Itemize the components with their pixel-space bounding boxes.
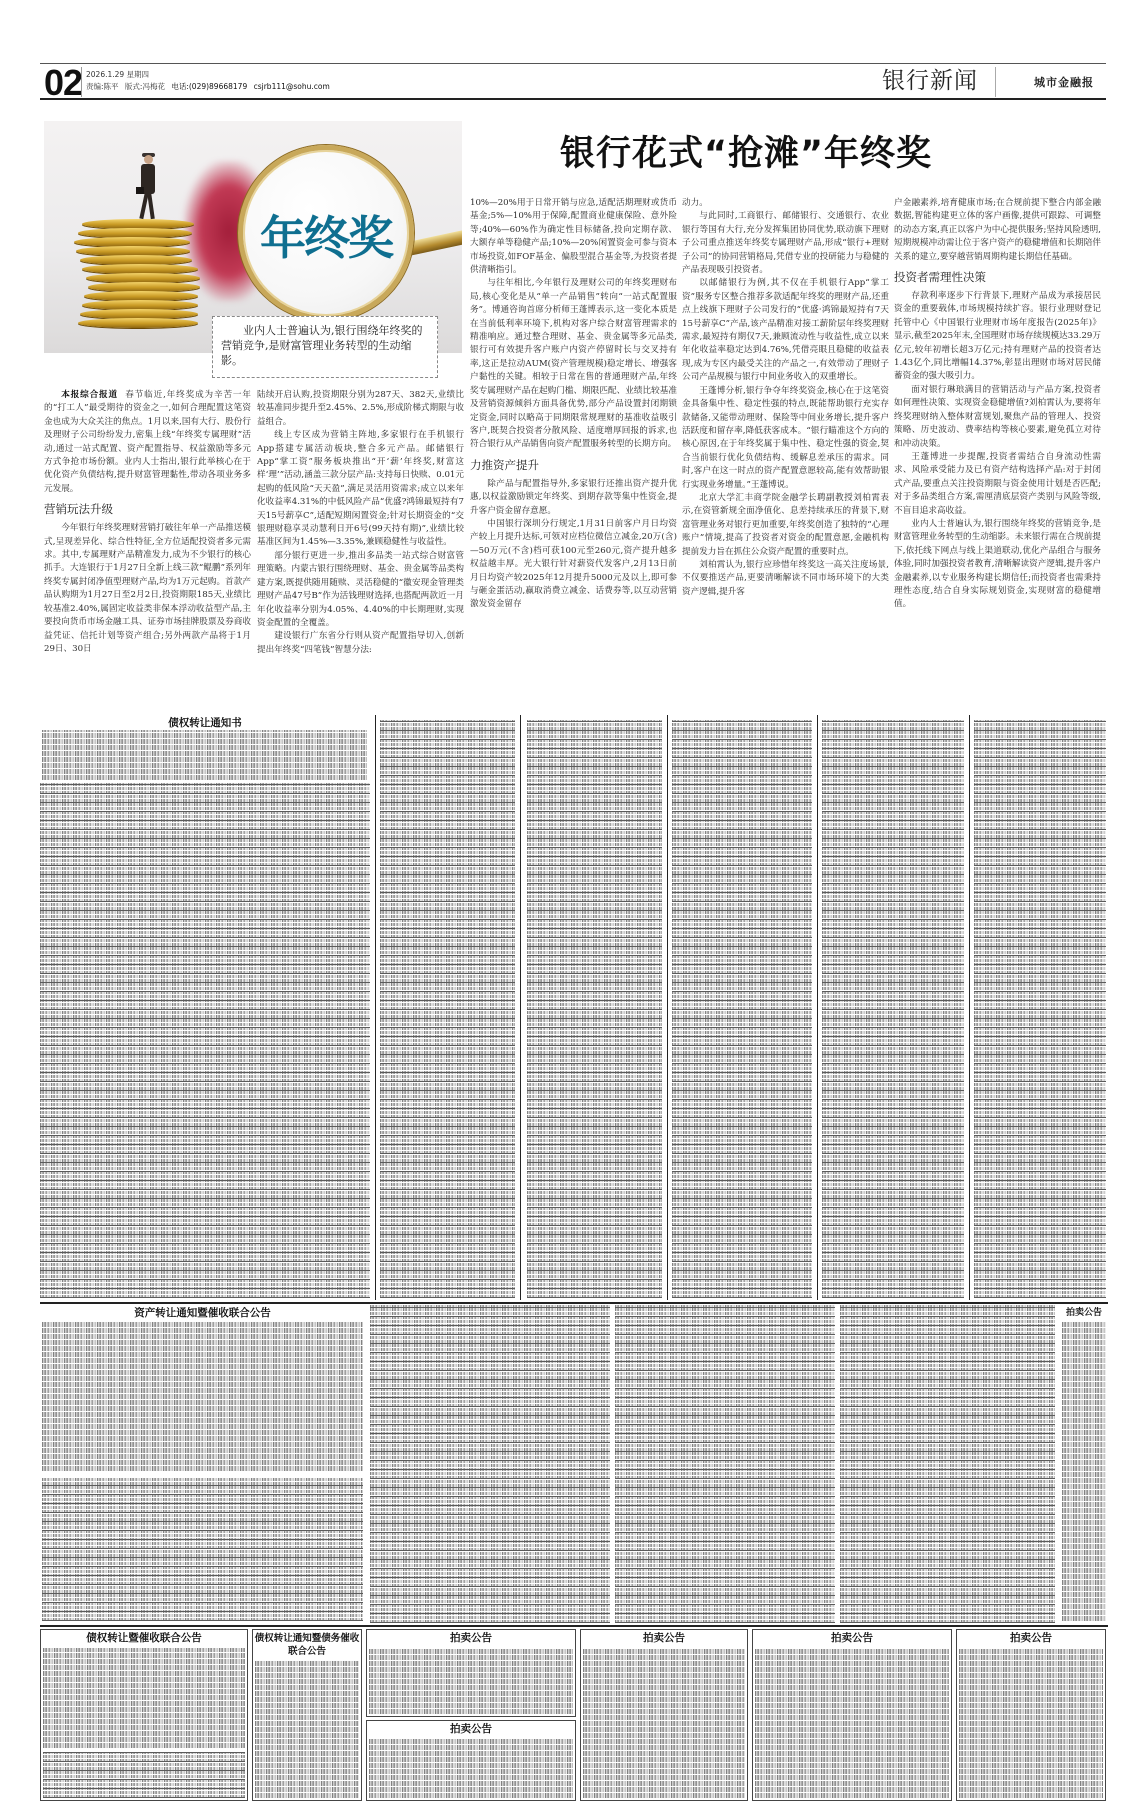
paragraph: 王蓬博进一步提醒,投资者需结合自身流动性需求、风险承受能力及已有资产结构选择产品… bbox=[894, 451, 1101, 518]
editor-credit: 责编:陈平 bbox=[86, 82, 119, 91]
paragraph: 本报综合报道 春节临近,年终奖成为辛苦一年的“打工人”最受期待的资金之一,如何合… bbox=[44, 389, 251, 496]
paragraph: 以邮储银行为例,其不仅在手机银行App“掌工资”服务专区整合推荐多款适配年终奖的… bbox=[682, 277, 889, 384]
businessman-figurine bbox=[136, 153, 162, 223]
masthead-meta: 2026.1.29 星期四 责编:陈平 版式:冯梅花 电话:(029)89668… bbox=[86, 69, 334, 93]
article-headline: 银行花式“抢滩”年终奖 bbox=[560, 126, 932, 176]
magnifying-glass-icon: 年终奖 bbox=[238, 145, 414, 321]
email-contact[interactable]: csjrb111@sohu.com bbox=[254, 82, 330, 91]
lens-text: 年终奖 bbox=[243, 202, 409, 268]
subheading: 营销玩法升级 bbox=[44, 502, 251, 517]
paragraph: 动力。 bbox=[682, 197, 889, 210]
notice-auction: 拍卖公告 bbox=[752, 1629, 952, 1801]
paragraph: 中国银行深圳分行规定,1月31日前客户月日均资产较上月提升达标,可领对应档位微信… bbox=[470, 518, 677, 612]
paragraph: 10%—20%用于日常开销与应急,适配活期理财或货币基金;5%—10%用于保障,… bbox=[470, 197, 677, 277]
issue-date: 2026.1.29 星期四 bbox=[86, 69, 334, 81]
notice-body-text bbox=[43, 1648, 245, 1748]
notice-table bbox=[40, 783, 370, 1298]
notice-auction: 拍卖公告 bbox=[1060, 1305, 1108, 1623]
gold-coin-stack bbox=[74, 219, 202, 331]
notice-title: 拍卖公告 bbox=[753, 1630, 951, 1645]
notice-auction: 拍卖公告 bbox=[366, 1629, 576, 1717]
notice-body-text bbox=[583, 1648, 745, 1798]
page-masthead: 02 2026.1.29 星期四 责编:陈平 版式:冯梅花 电话:(029)89… bbox=[40, 63, 1106, 100]
masthead-divider bbox=[81, 67, 82, 97]
paragraph: 刘柏霄认为,银行应珍惜年终奖这一高关注度场景,不仅要推送产品,更要清晰解读不同市… bbox=[682, 559, 889, 599]
notice-body-text bbox=[369, 1739, 573, 1798]
notice-table bbox=[43, 1752, 245, 1798]
notice-auction: 拍卖公告 bbox=[580, 1629, 748, 1801]
newspaper-name: 城市金融报 bbox=[1034, 74, 1094, 90]
notice-table bbox=[615, 1305, 835, 1623]
notice-debt-collection: 债权转让暨催收联合公告 bbox=[40, 1629, 248, 1801]
notice-body-text bbox=[255, 1660, 359, 1798]
notice-body-text bbox=[42, 1321, 363, 1471]
paragraph: 与往年相比,今年银行及理财公司的年终奖理财布局,核心变化是从“单一产品销售”转向… bbox=[470, 277, 677, 451]
notice-table bbox=[672, 720, 812, 1298]
article-column-5: 户金融素养,培育健康市场;在合规前提下整合内部金融数据,智能构建更立体的客户画像… bbox=[894, 197, 1101, 612]
paragraph: 面对银行琳琅满目的营销活动与产品方案,投资者如何理性决策、实现资金稳健增值?刘柏… bbox=[894, 384, 1101, 451]
notice-table bbox=[840, 1305, 1055, 1623]
legal-notices-area: 债权转让通知书 资产转让通知暨催收联合公告 拍卖公告 债权转让暨催收联合公告 债… bbox=[40, 715, 1108, 1803]
article-column-1: 本报综合报道 春节临近,年终奖成为辛苦一年的“打工人”最受期待的资金之一,如何合… bbox=[44, 389, 251, 656]
notice-body-text bbox=[959, 1648, 1103, 1798]
notice-body-text bbox=[1062, 1321, 1106, 1621]
phone-contact: 电话:(029)89668179 bbox=[171, 82, 247, 91]
paragraph: 建设银行广东省分行则从资产配置指导切入,创新提出年终奖“四笔钱”智慧分法: bbox=[257, 630, 464, 657]
paragraph: 部分银行更进一步,推出多品类一站式综合财富管理策略。内蒙古银行围绕理财、基金、贵… bbox=[257, 550, 464, 630]
notice-body-text bbox=[369, 1648, 573, 1714]
notice-title: 拍卖公告 bbox=[581, 1630, 747, 1645]
notice-table bbox=[974, 720, 1106, 1298]
notice-title: 资产转让通知暨催收联合公告 bbox=[40, 1305, 365, 1320]
paragraph: 线上专区成为营销主阵地,多家银行在手机银行App搭建专属活动板块,整合多元产品。… bbox=[257, 429, 464, 550]
subheading: 力推资产提升 bbox=[470, 458, 677, 473]
notice-title: 拍卖公告 bbox=[367, 1721, 575, 1736]
notice-body-text bbox=[42, 730, 367, 780]
paragraph: 北京大学汇丰商学院金融学长聘副教授刘柏霄表示,在资管新规全面净值化、息差持续承压… bbox=[682, 492, 889, 559]
paragraph: 今年银行年终奖理财营销打破往年单一产品推送模式,呈现差异化、综合性特征,全方位适… bbox=[44, 522, 251, 656]
notice-title: 拍卖公告 bbox=[367, 1630, 575, 1645]
paragraph: 业内人士普遍认为,银行围绕年终奖的营销竞争,是财富管理业务转型的生动缩影。未来银… bbox=[894, 518, 1101, 612]
article-column-3: 10%—20%用于日常开销与应急,适配活期理财或货币基金;5%—10%用于保障,… bbox=[470, 197, 677, 612]
notice-title: 拍卖公告 bbox=[1060, 1305, 1108, 1320]
notice-title: 债权转让通知书 bbox=[40, 715, 370, 730]
notice-table bbox=[42, 1477, 363, 1621]
byline: 本报综合报道 bbox=[61, 390, 118, 400]
notice-auction: 拍卖公告 bbox=[366, 1720, 576, 1801]
notice-title: 拍卖公告 bbox=[957, 1630, 1105, 1645]
notice-debt-transfer: 债权转让通知书 bbox=[40, 715, 1106, 1300]
notice-table bbox=[527, 720, 662, 1298]
paragraph: 户金融素养,培育健康市场;在合规前提下整合内部金融数据,智能构建更立体的客户画像… bbox=[894, 197, 1101, 264]
page-number: 02 bbox=[44, 66, 82, 100]
notice-auction: 拍卖公告 bbox=[956, 1629, 1106, 1801]
paragraph: 存款利率逐步下行背景下,理财产品成为承接居民资金的重要载体,市场规模持续扩容。银… bbox=[894, 290, 1101, 384]
notice-table bbox=[822, 720, 964, 1298]
notice-table bbox=[370, 1305, 610, 1623]
article-column-4: 动力。 与此同时,工商银行、邮储银行、交通银行、农业银行等国有大行,充分发挥集团… bbox=[682, 197, 889, 599]
paragraph: 与此同时,工商银行、邮储银行、交通银行、农业银行等国有大行,充分发挥集团协同优势… bbox=[682, 210, 889, 277]
notice-table bbox=[380, 720, 515, 1298]
masthead-divider-right bbox=[995, 67, 996, 97]
notice-asset-transfer: 资产转让通知暨催收联合公告 bbox=[40, 1305, 365, 1623]
paragraph: 王蓬博分析,银行争夺年终奖资金,核心在于这笔资金具备集中性、稳定性强的特点,既能… bbox=[682, 385, 889, 492]
photo-caption: 业内人士普遍认为,银行围绕年终奖的营销竞争,是财富管理业务转型的生动缩影。 bbox=[212, 316, 438, 378]
section-title: 银行新闻 bbox=[882, 65, 978, 97]
layout-credit: 版式:冯梅花 bbox=[125, 82, 165, 91]
notice-debt-collection-2: 债权转让通知暨债务催收联合公告 bbox=[252, 1629, 362, 1801]
notice-title: 债权转让暨催收联合公告 bbox=[41, 1630, 247, 1645]
notice-body-text bbox=[755, 1648, 949, 1798]
notice-title: 债权转让通知暨债务催收联合公告 bbox=[253, 1630, 361, 1658]
article-column-2: 陆续开启认购,投资期限分别为287天、382天,业绩比较基准同步提升至2.45%… bbox=[257, 389, 464, 657]
subheading: 投资者需理性决策 bbox=[894, 270, 1101, 285]
paragraph: 除产品与配置指导外,多家银行还推出资产提升优惠,以权益激励锁定年终奖、到期存款等… bbox=[470, 478, 677, 518]
paragraph: 陆续开启认购,投资期限分别为287天、382天,业绩比较基准同步提升至2.45%… bbox=[257, 389, 464, 429]
